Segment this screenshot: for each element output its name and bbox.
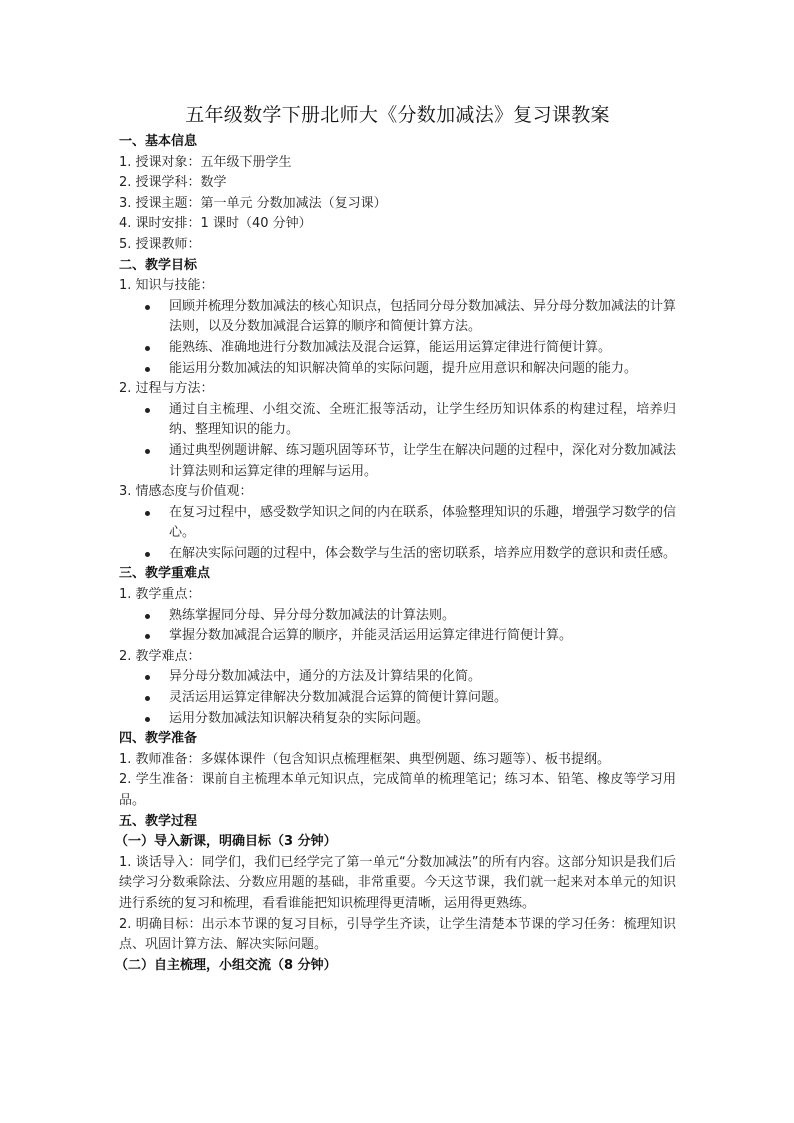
list-item: 在复习过程中，感受数学知识之间的内在联系，体验整理知识的乐趣，增强学习数学的信心… xyxy=(119,503,676,544)
list-item-text: 掌握分数加减混合运算的顺序，并能灵活运用运算定律进行简便计算。 xyxy=(169,628,572,643)
bullet-icon xyxy=(145,346,150,351)
info-line: 4. 课时安排：1 课时（40 分钟） xyxy=(119,214,676,235)
list-item-text: 异分母分数加减法中，通分的方法及计算结果的化简。 xyxy=(169,669,481,684)
list-item: 通过典型例题讲解、练习题巩固等环节，让学生在解决问题的过程中，深化对分数加减法计… xyxy=(119,441,676,482)
bullet-list: 回顾并梳理分数加减法的核心知识点，包括同分母分数加减法、异分母分数加减法的计算法… xyxy=(119,297,676,379)
list-item-text: 熟练掌握同分母、异分母分数加减法的计算法则。 xyxy=(169,608,455,623)
step-paragraph: 1. 谈话导入：同学们，我们已经学完了第一单元“分数加减法”的所有内容。这部分知… xyxy=(119,853,676,915)
list-item: 掌握分数加减混合运算的顺序，并能灵活运用运算定律进行简便计算。 xyxy=(119,626,676,647)
list-item-text: 在解决实际问题的过程中，体会数学与生活的密切联系，培养应用数学的意识和责任感。 xyxy=(169,546,676,561)
list-item: 灵活运用运算定律解决分数加减混合运算的简便计算问题。 xyxy=(119,688,676,709)
goal-group-label: 3. 情感态度与价值观： xyxy=(119,482,676,503)
bullet-icon xyxy=(145,552,150,557)
list-item: 通过自主梳理、小组交流、全班汇报等活动，让学生经历知识体系的构建过程，培养归纳、… xyxy=(119,400,676,441)
section-heading-preparation: 四、教学准备 xyxy=(119,729,676,750)
section-heading-basic-info: 一、基本信息 xyxy=(119,132,676,153)
info-line: 3. 授课主题：第一单元 分数加减法（复习课） xyxy=(119,194,676,215)
bullet-icon xyxy=(145,367,150,372)
list-item: 在解决实际问题的过程中，体会数学与生活的密切联系，培养应用数学的意识和责任感。 xyxy=(119,544,676,565)
list-item: 熟练掌握同分母、异分母分数加减法的计算法则。 xyxy=(119,606,676,627)
bullet-icon xyxy=(145,305,150,310)
document-page: 五年级数学下册北师大《分数加减法》复习课教案 一、基本信息 1. 授课对象：五年… xyxy=(119,100,676,976)
bullet-icon xyxy=(145,675,150,680)
list-item-text: 回顾并梳理分数加减法的核心知识点，包括同分母分数加减法、异分母分数加减法的计算法… xyxy=(169,299,676,335)
preparation-line: 1. 教师准备：多媒体课件（包含知识点梳理框架、典型例题、练习题等）、板书提纲。 xyxy=(119,750,676,771)
step-heading: （一）导入新课，明确目标（3 分钟） xyxy=(115,832,676,853)
bullet-list: 异分母分数加减法中，通分的方法及计算结果的化简。 灵活运用运算定律解决分数加减混… xyxy=(119,667,676,729)
bullet-icon xyxy=(145,696,150,701)
bullet-icon xyxy=(145,511,150,516)
bullet-icon xyxy=(145,634,150,639)
step-paragraph: 2. 明确目标：出示本节课的复习目标，引导学生齐读，让学生清楚本节课的学习任务：… xyxy=(119,915,676,956)
list-item-text: 运用分数加减法知识解决稍复杂的实际问题。 xyxy=(169,711,429,726)
info-line: 2. 授课学科：数学 xyxy=(119,173,676,194)
bullet-icon xyxy=(145,449,150,454)
goal-group-label: 1. 知识与技能： xyxy=(119,276,676,297)
bullet-icon xyxy=(145,408,150,413)
list-item-text: 能熟练、准确地进行分数加减法及混合运算，能运用运算定律进行简便计算。 xyxy=(169,340,611,355)
list-item: 能熟练、准确地进行分数加减法及混合运算，能运用运算定律进行简便计算。 xyxy=(119,338,676,359)
bullet-list: 通过自主梳理、小组交流、全班汇报等活动，让学生经历知识体系的构建过程，培养归纳、… xyxy=(119,400,676,482)
list-item: 回顾并梳理分数加减法的核心知识点，包括同分母分数加减法、异分母分数加减法的计算法… xyxy=(119,297,676,338)
preparation-line: 2. 学生准备：课前自主梳理本单元知识点，完成简单的梳理笔记；练习本、铅笔、橡皮… xyxy=(119,770,676,811)
list-item-text: 能运用分数加减法的知识解决简单的实际问题，提升应用意识和解决问题的能力。 xyxy=(169,361,637,376)
bullet-list: 在复习过程中，感受数学知识之间的内在联系，体验整理知识的乐趣，增强学习数学的信心… xyxy=(119,503,676,565)
section-heading-key-points: 三、教学重难点 xyxy=(119,564,676,585)
bullet-icon xyxy=(145,614,150,619)
goal-group-label: 2. 过程与方法： xyxy=(119,379,676,400)
list-item: 能运用分数加减法的知识解决简单的实际问题，提升应用意识和解决问题的能力。 xyxy=(119,359,676,380)
list-item-text: 在复习过程中，感受数学知识之间的内在联系，体验整理知识的乐趣，增强学习数学的信心… xyxy=(169,505,676,541)
bullet-list: 熟练掌握同分母、异分母分数加减法的计算法则。 掌握分数加减混合运算的顺序，并能灵… xyxy=(119,606,676,647)
list-item: 异分母分数加减法中，通分的方法及计算结果的化简。 xyxy=(119,667,676,688)
document-title: 五年级数学下册北师大《分数加减法》复习课教案 xyxy=(119,100,676,130)
step-heading: （二）自主梳理，小组交流（8 分钟） xyxy=(115,956,676,977)
list-item-text: 通过典型例题讲解、练习题巩固等环节，让学生在解决问题的过程中，深化对分数加减法计… xyxy=(169,443,676,479)
bullet-icon xyxy=(145,717,150,722)
info-line: 5. 授课教师： xyxy=(119,235,676,256)
list-item: 运用分数加减法知识解决稍复杂的实际问题。 xyxy=(119,709,676,730)
section-heading-process: 五、教学过程 xyxy=(119,812,676,833)
section-heading-goals: 二、教学目标 xyxy=(119,256,676,277)
info-line: 1. 授课对象：五年级下册学生 xyxy=(119,153,676,174)
key-point-group-label: 2. 教学难点： xyxy=(119,647,676,668)
list-item-text: 灵活运用运算定律解决分数加减混合运算的简便计算问题。 xyxy=(169,690,507,705)
key-point-group-label: 1. 教学重点： xyxy=(119,585,676,606)
list-item-text: 通过自主梳理、小组交流、全班汇报等活动，让学生经历知识体系的构建过程，培养归纳、… xyxy=(169,402,676,438)
